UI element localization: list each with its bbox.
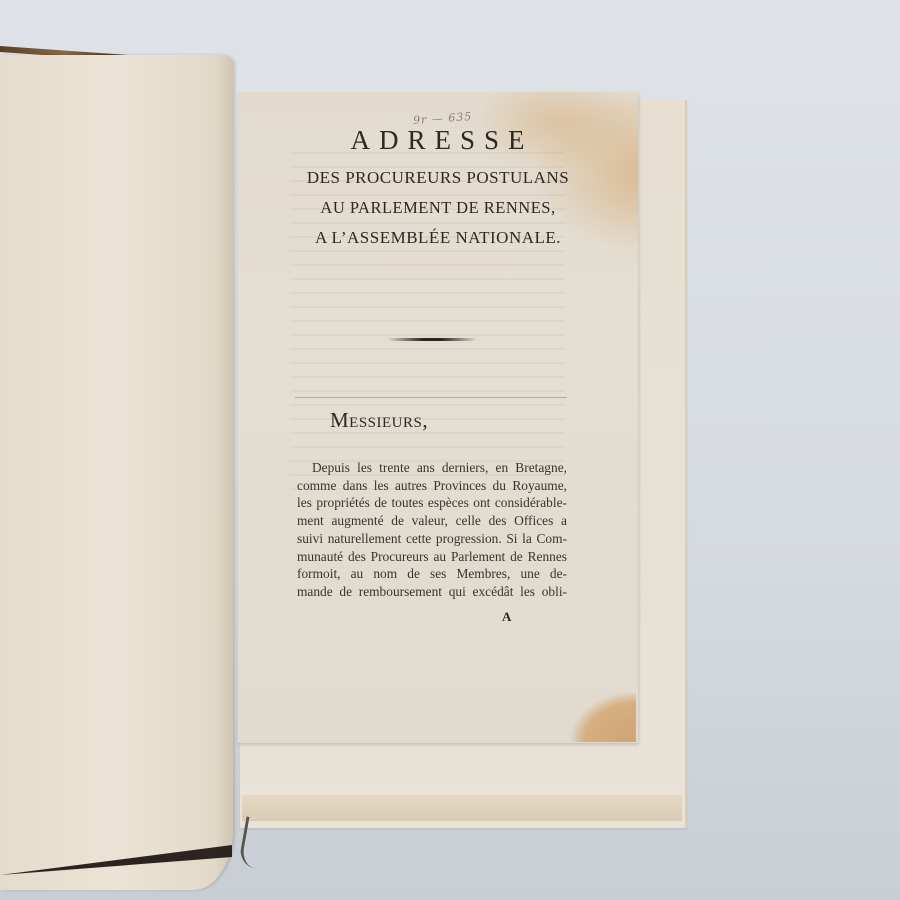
left-blank-page [0, 55, 233, 890]
body-line: suivi naturellement cette progression. S… [297, 530, 567, 548]
salutation: Messieurs, [330, 408, 428, 433]
title-line-3: A L’ASSEMBLÉE NATIONALE. [238, 228, 638, 248]
back-leaf-deckled-edge [242, 795, 682, 821]
title-line-1: DES PROCUREURS POSTULANS [238, 168, 638, 188]
body-line: ment augmenté de valeur, celle des Offic… [297, 512, 567, 530]
ornamental-rule [387, 338, 477, 341]
divider-rule [295, 397, 567, 398]
body-line: comme dans les autres Provinces du Royau… [297, 477, 567, 495]
body-line: formoit, au nom de ses Membres, une de- [297, 565, 567, 583]
body-line: Depuis les trente ans derniers, en Breta… [297, 459, 567, 477]
title-line-2: AU PARLEMENT DE RENNES, [238, 198, 638, 218]
body-line: munauté des Procureurs au Parlement de R… [297, 548, 567, 566]
body-text: Depuis les trente ans derniers, en Breta… [297, 459, 567, 601]
foxing-stain [570, 692, 636, 742]
body-line: les propriétés de toutes espèces ont con… [297, 494, 567, 512]
title-main: ADRESSE [246, 125, 638, 156]
body-line: mande de remboursement qui excédât les o… [297, 583, 567, 601]
signature-mark: A [502, 609, 511, 625]
title-block: ADRESSE DES PROCUREURS POSTULANS AU PARL… [238, 125, 638, 258]
